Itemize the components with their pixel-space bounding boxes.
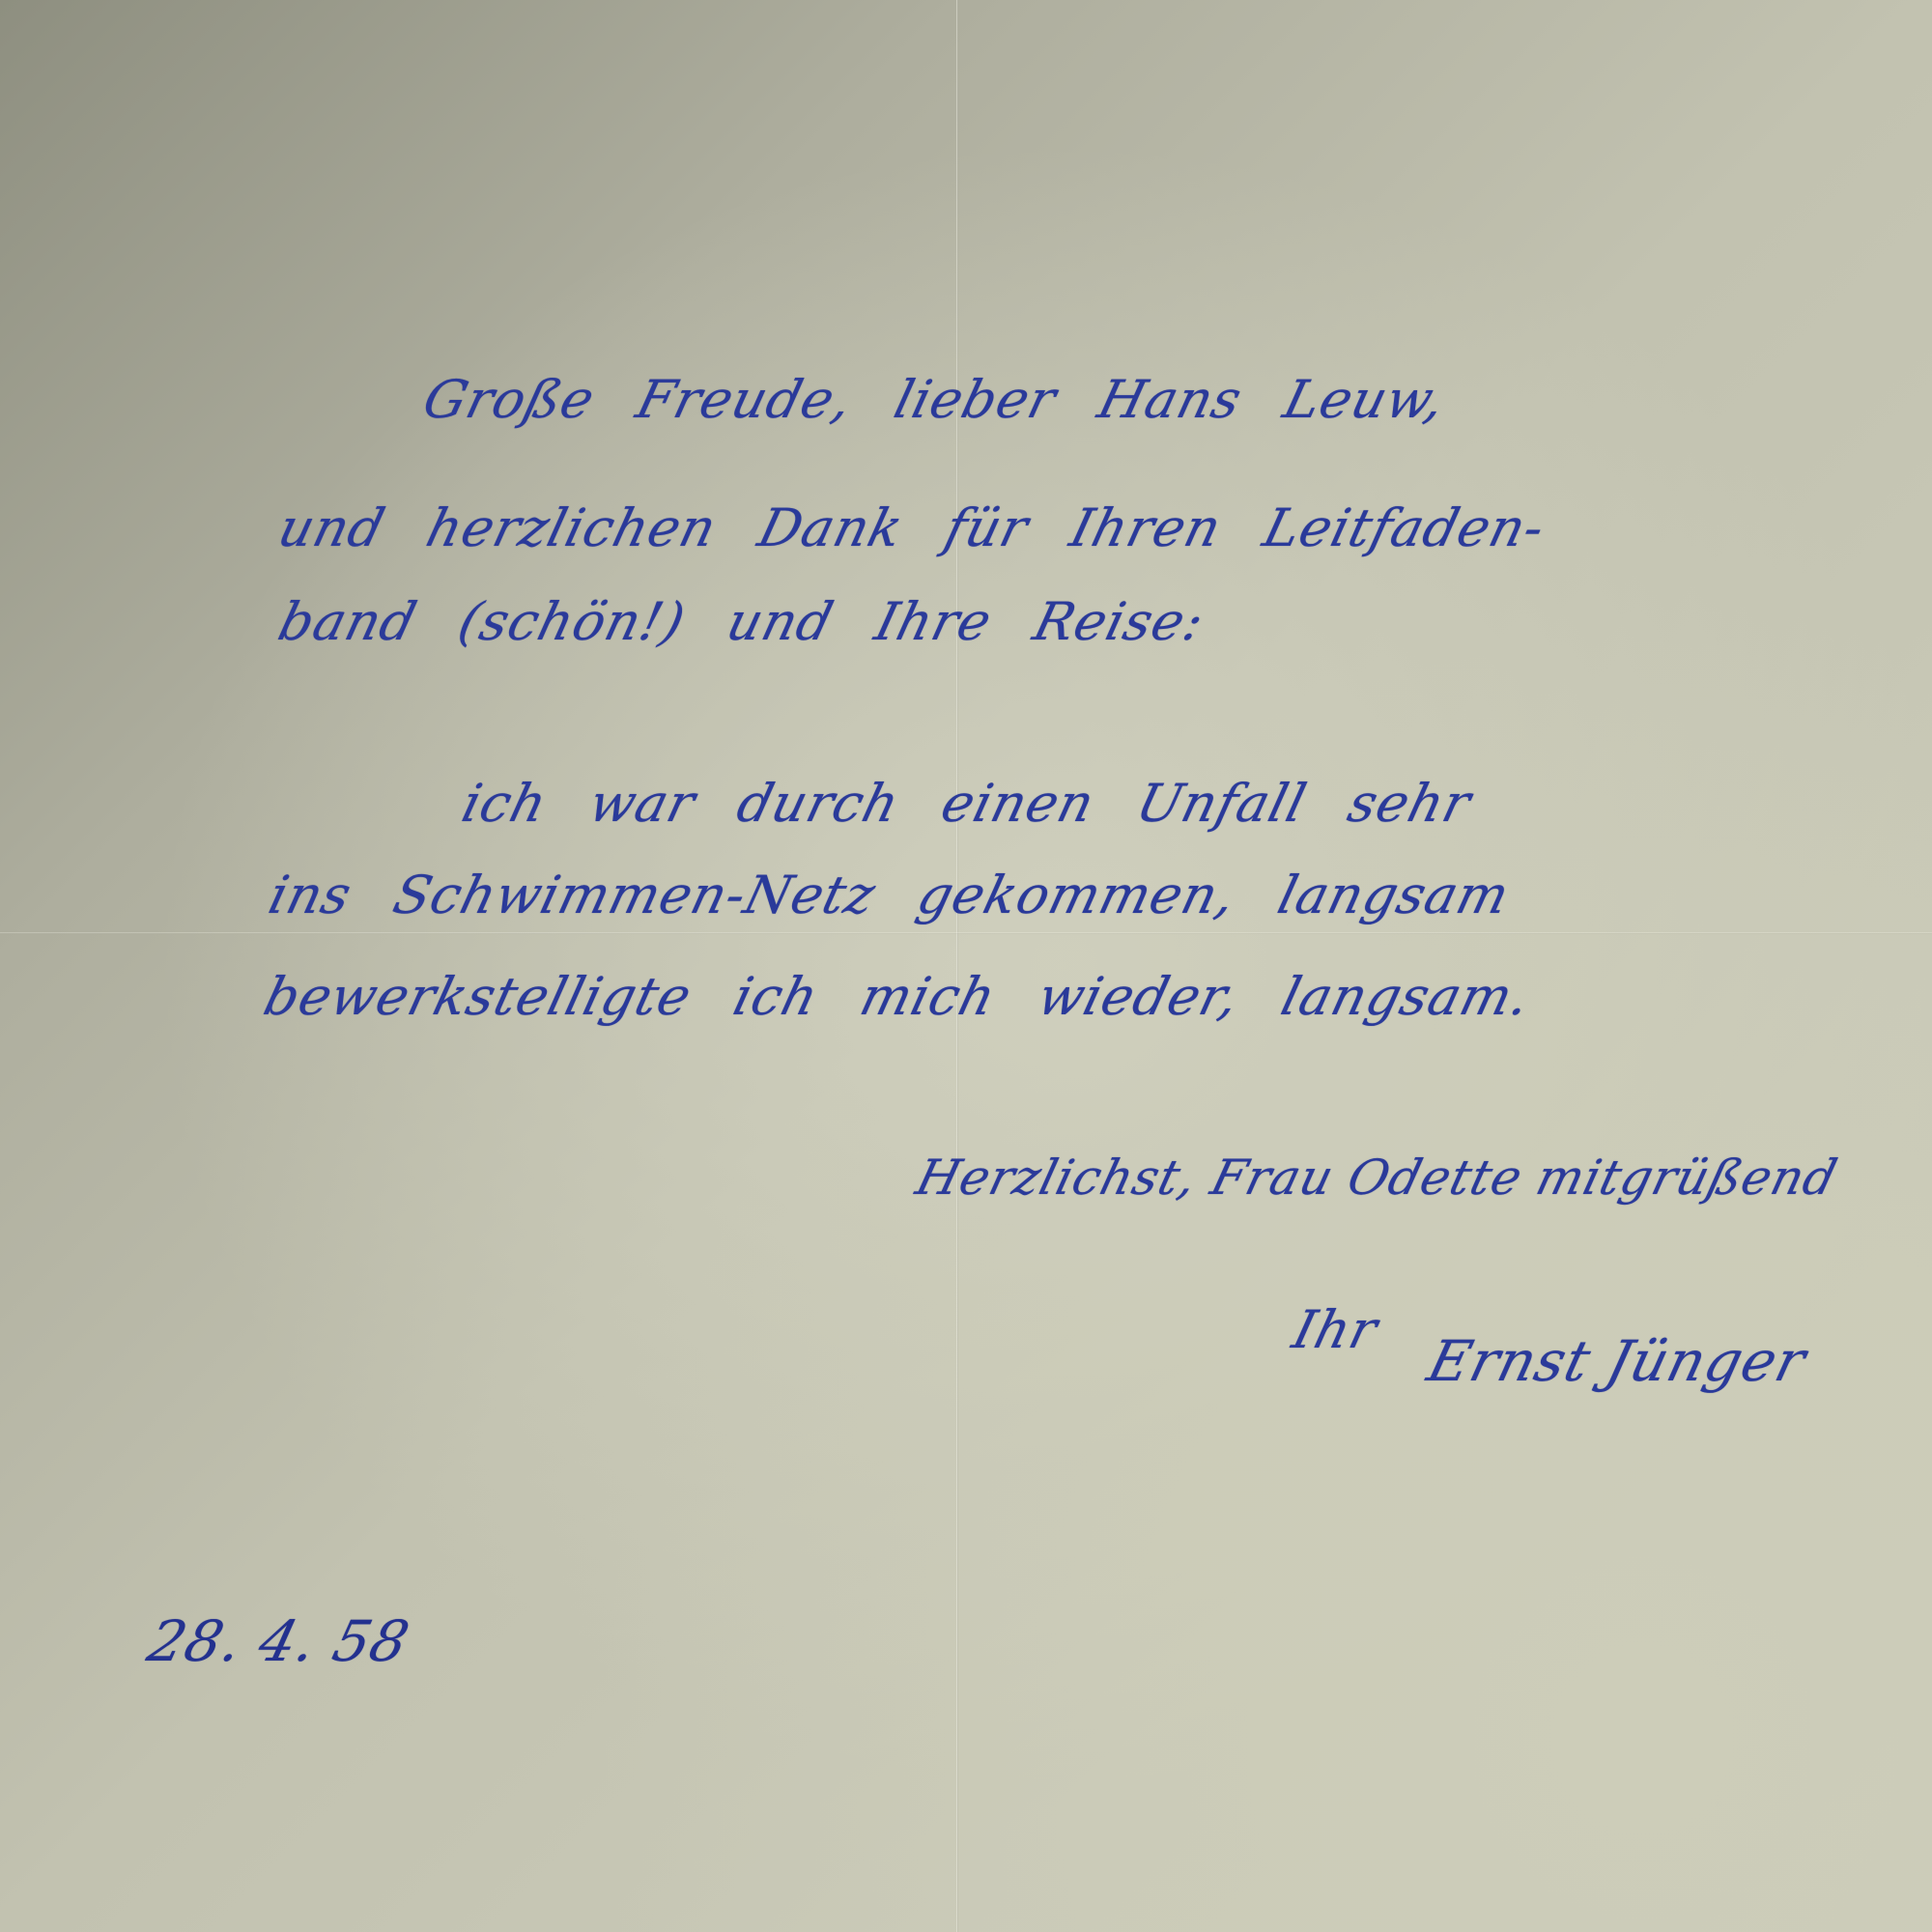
date: 28. 4. 58 xyxy=(142,1608,416,1674)
body-line-5: bewerkstelligte ich mich wieder, langsam… xyxy=(258,966,1537,1027)
body-line-3: ich war durch einen Unfall sehr xyxy=(456,773,1477,834)
body-line-4: ins Schwimmen-Netz gekommen, langsam xyxy=(263,865,1516,925)
closing-line: Herzlichst, Frau Odette mitgrüßend xyxy=(911,1150,1843,1206)
signature: Ernst Jünger xyxy=(1422,1328,1813,1394)
letter-paper: Große Freude, lieber Hans Leuw, und herz… xyxy=(0,0,1932,1932)
signature-prefix: Ihr xyxy=(1287,1299,1384,1360)
horizontal-fold-crease xyxy=(0,932,1932,934)
body-line-2: band (schön!) und Ihre Reise: xyxy=(272,591,1210,652)
salutation: Große Freude, lieber Hans Leuw, xyxy=(417,369,1452,430)
body-line-1: und herzlichen Dank für Ihren Leitfaden- xyxy=(272,497,1551,558)
